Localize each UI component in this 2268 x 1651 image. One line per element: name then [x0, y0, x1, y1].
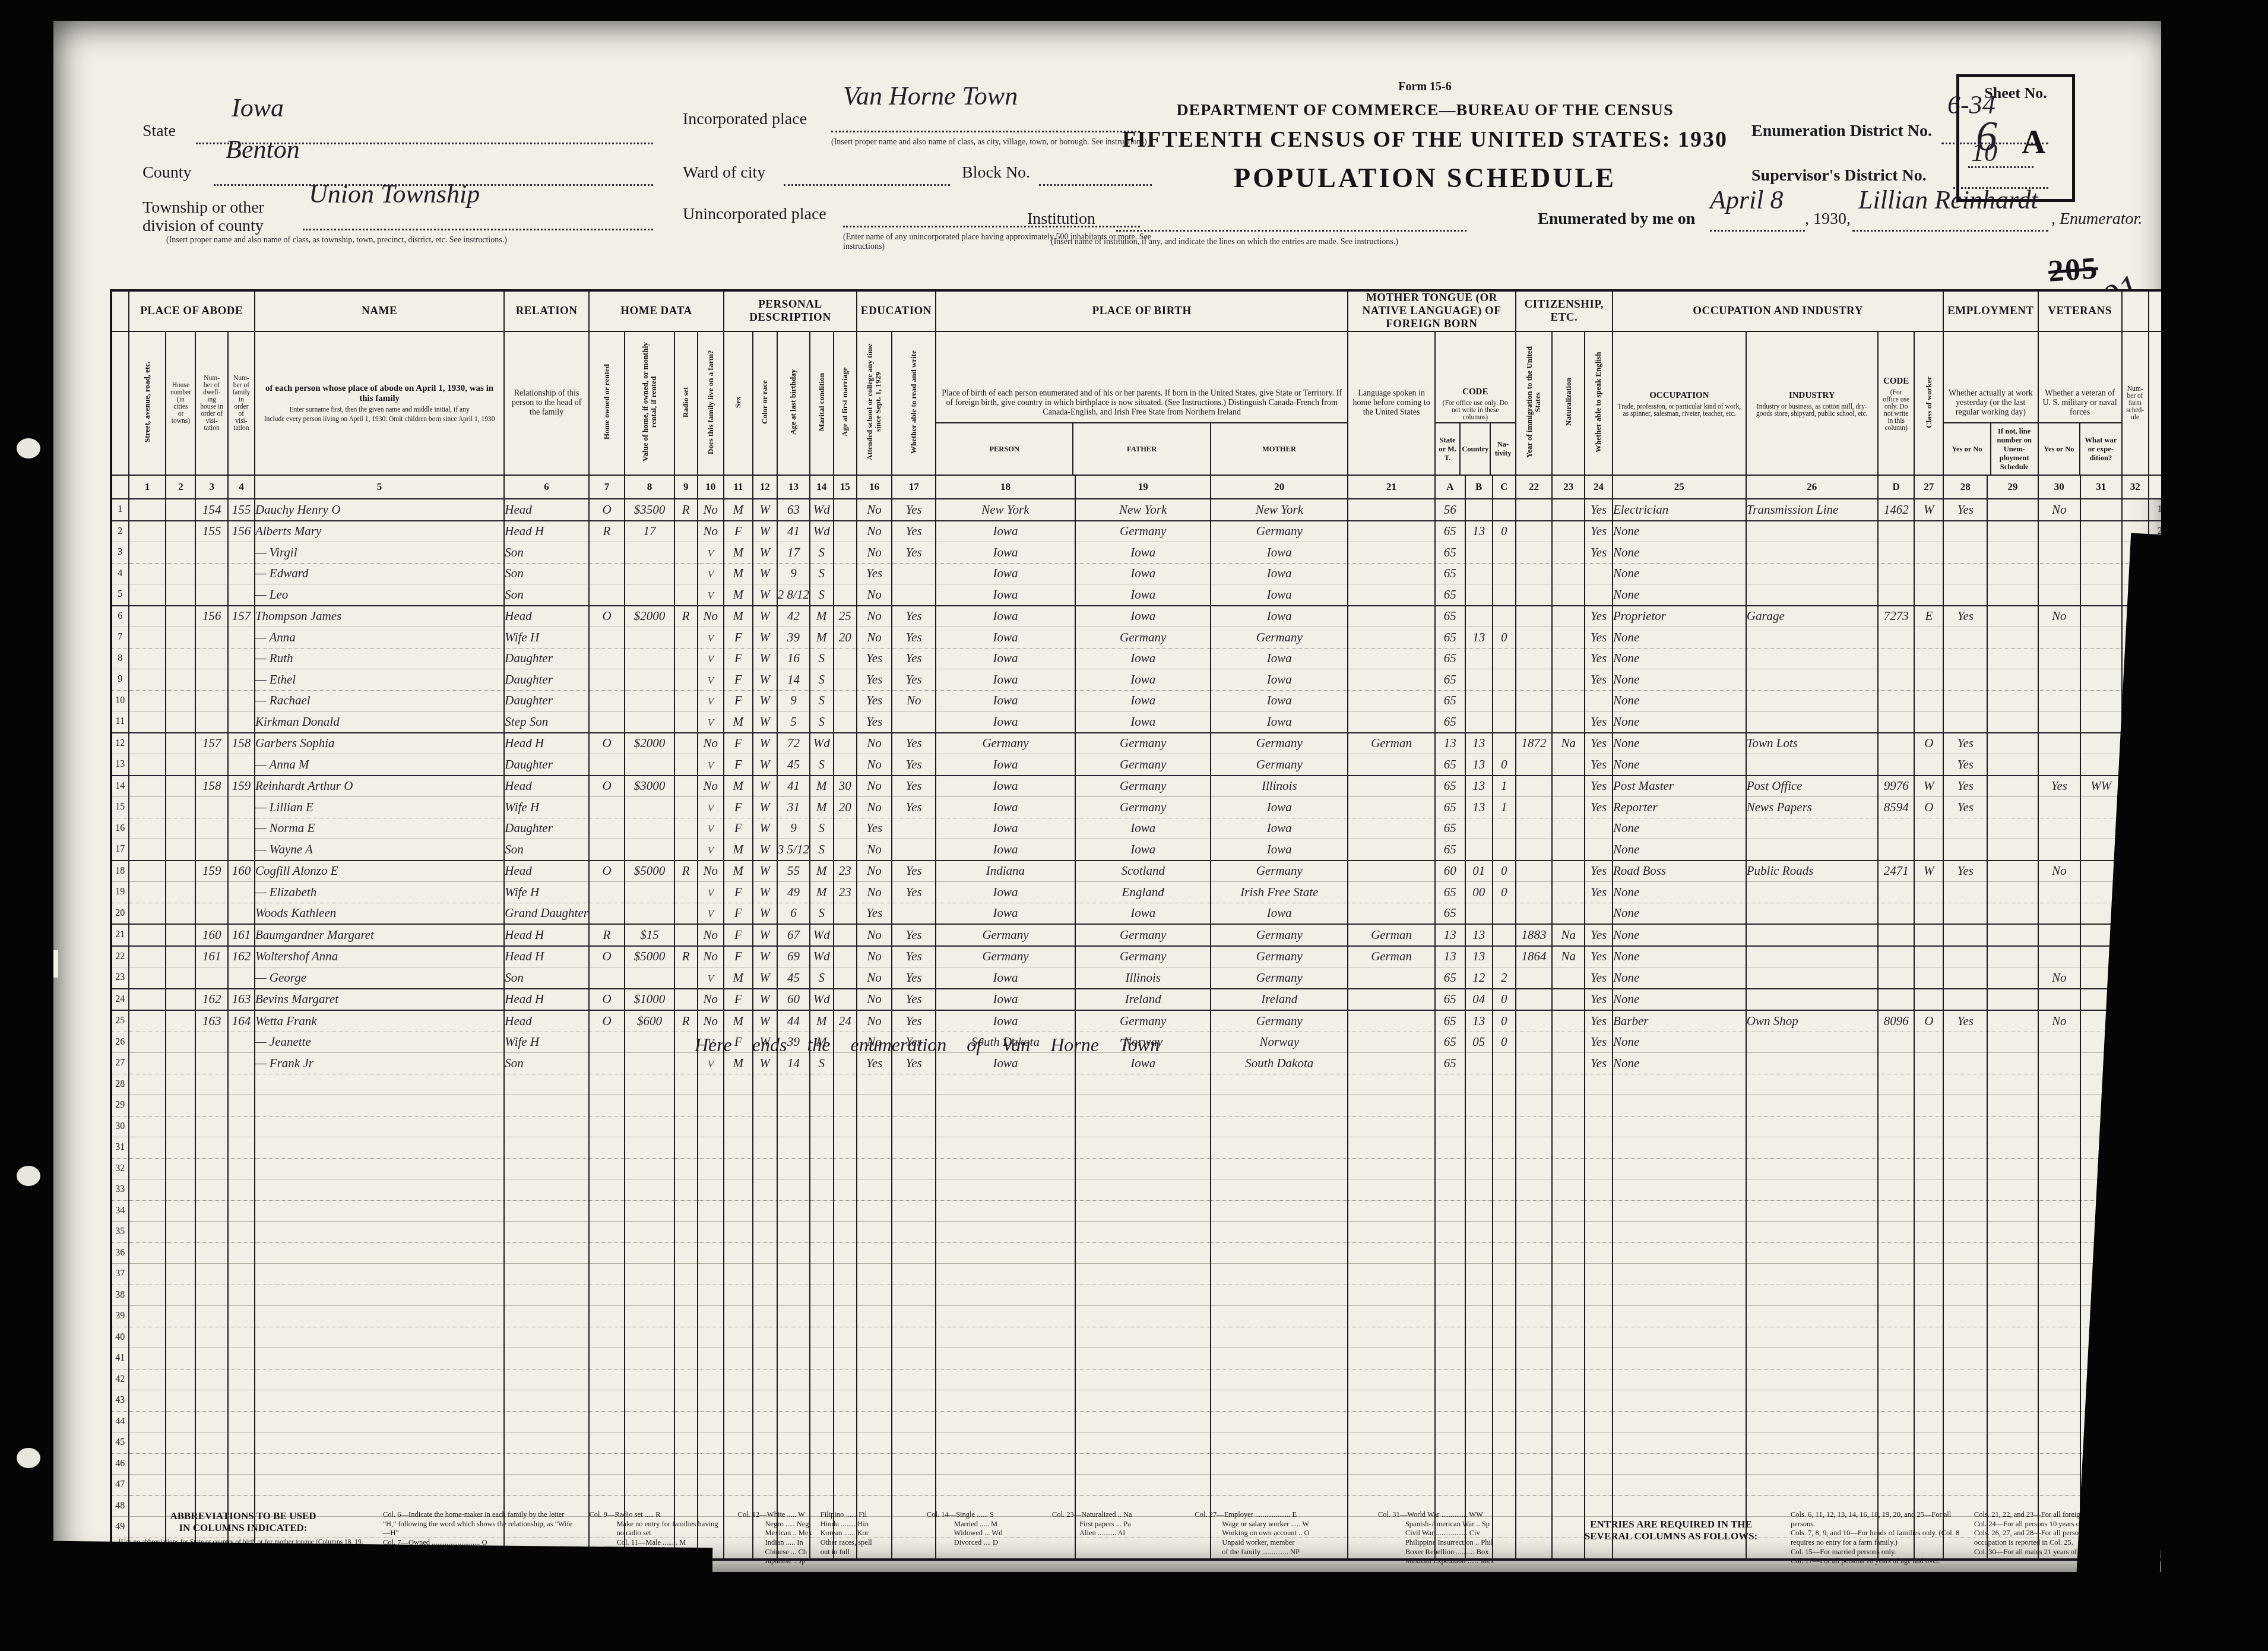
cell-code_d [1878, 521, 1915, 542]
column-group-header: PLACE OF ABODE [129, 290, 255, 331]
cell-bp_mother: Germany [1211, 1010, 1348, 1032]
cell-sex: M [724, 1010, 753, 1032]
column-number: 8 [625, 475, 674, 499]
cell-code_a [1435, 1116, 1465, 1137]
cell-class_worker [1914, 1095, 1943, 1117]
cell-code_c [1493, 1179, 1516, 1201]
cell-ln: 46 [111, 1453, 129, 1475]
cell-owned: O [589, 776, 625, 797]
cell-bp_mother: Germany [1211, 733, 1348, 754]
cell-code_d [1878, 1074, 1915, 1095]
cell-street [129, 584, 166, 606]
cell-value [625, 1179, 674, 1201]
cell-code_d [1878, 1411, 1915, 1432]
cell-age_marriage [834, 1432, 857, 1454]
cell-war [2080, 563, 2122, 584]
cell-age_marriage [834, 669, 857, 691]
table-row: 24162163Bevins MargaretHead HO$1000NoFW6… [111, 989, 2172, 1011]
cell-worked [1943, 818, 1987, 839]
table-row: 14158159Reinhardt Arthur OHeadO$3000NoMW… [111, 776, 2172, 797]
cell-bp_person: Indiana [936, 861, 1075, 882]
cell-radio [674, 563, 698, 584]
cell-house [166, 606, 195, 627]
cell-code_a [1435, 1200, 1465, 1222]
cell-value [625, 797, 674, 818]
cell-race: W [753, 903, 777, 924]
cell-class_worker [1914, 1306, 1943, 1327]
cell-occupation [1613, 1264, 1746, 1285]
cell-worked [1943, 1179, 1987, 1201]
cell-naturalization [1552, 711, 1585, 733]
cell-bp_person: Iowa [936, 648, 1075, 669]
cell-farm [698, 1411, 724, 1432]
cell-race: W [753, 946, 777, 967]
cell-veteran [2038, 669, 2081, 691]
cell-owned [589, 1285, 625, 1306]
cell-school: No [857, 1010, 892, 1032]
cell-industry [1746, 563, 1878, 584]
cell-year_imm [1516, 1095, 1553, 1117]
cell-industry [1746, 903, 1878, 924]
cell-english [1585, 839, 1613, 861]
cell-code_b: 13 [1465, 521, 1493, 542]
cell-ln: 3 [111, 542, 129, 564]
cell-code_d [1878, 1390, 1915, 1412]
cell-race: W [753, 797, 777, 818]
cell-race [753, 1327, 777, 1348]
column-description: Sex [724, 331, 753, 475]
cell-marital: M [810, 797, 834, 818]
census-sheet-paper: State Iowa County Benton Township or oth… [53, 21, 2173, 1572]
cell-age: 3 5/12 [777, 839, 810, 861]
cell-industry [1746, 669, 1878, 691]
cell-code_b [1465, 1390, 1493, 1412]
cell-age_marriage: 25 [834, 606, 857, 627]
cell-street [129, 776, 166, 797]
cell-naturalization [1552, 776, 1585, 797]
table-row: 22161162Woltershof AnnaHead HO$5000RNoFW… [111, 946, 2172, 967]
cell-age [777, 1348, 810, 1369]
cell-bp_mother: Iowa [1211, 542, 1348, 564]
cell-code_b [1465, 1095, 1493, 1117]
cell-race: W [753, 967, 777, 989]
cell-radio [674, 989, 698, 1011]
cell-name: Woods Kathleen [255, 903, 504, 924]
cell-bp_father: Iowa [1075, 669, 1211, 691]
cell-farm [698, 1475, 724, 1496]
cell-bp_mother: Iowa [1211, 818, 1348, 839]
cell-race: W [753, 733, 777, 754]
cell-owned: O [589, 946, 625, 967]
column-number: 15 [834, 475, 857, 499]
cell-occupation [1613, 1095, 1746, 1117]
cell-school [857, 1074, 892, 1095]
table-row: 4646 [111, 1453, 2172, 1475]
cell-naturalization [1552, 669, 1585, 691]
cell-house [166, 1116, 195, 1137]
cell-bp_father: Ireland [1075, 989, 1211, 1011]
cell-industry [1746, 1179, 1878, 1201]
cell-class_worker [1914, 967, 1943, 989]
cell-street [129, 967, 166, 989]
cell-english: Yes [1585, 776, 1613, 797]
cell-bp_person: Iowa [936, 882, 1075, 903]
cell-english: Yes [1585, 669, 1613, 691]
cell-marital [810, 1074, 834, 1095]
cell-relation: Son [504, 563, 589, 584]
cell-street [129, 627, 166, 649]
cell-language [1348, 1074, 1435, 1095]
cell-ln: 33 [111, 1179, 129, 1201]
cell-year_imm [1516, 627, 1553, 649]
cell-street [129, 882, 166, 903]
cell-dwelling: 156 [195, 606, 228, 627]
cell-class_worker [1914, 627, 1943, 649]
cell-veteran [2038, 1137, 2081, 1159]
cell-bp_person [936, 1285, 1075, 1306]
table-row: 2929 [111, 1095, 2172, 1117]
supervisor-district-label: Supervisor's District No. [1751, 166, 1927, 185]
cell-unemp_line [1987, 1010, 2038, 1032]
cell-language [1348, 521, 1435, 542]
cell-race [753, 1475, 777, 1496]
cell-unemp_line [1987, 776, 2038, 797]
cell-english [1585, 584, 1613, 606]
cell-bp_father: Germany [1075, 754, 1211, 776]
cell-value [625, 584, 674, 606]
cell-class_worker [1914, 903, 1943, 924]
cell-street [129, 1074, 166, 1095]
cell-occupation: Electrician [1613, 499, 1746, 521]
cell-value [625, 818, 674, 839]
cell-code_b [1465, 542, 1493, 564]
cell-owned: O [589, 989, 625, 1011]
cell-relation [504, 1390, 589, 1412]
cell-age_marriage [834, 1411, 857, 1432]
cell-race [753, 1432, 777, 1454]
cell-veteran [2038, 627, 2081, 649]
cell-name: Wetta Frank [255, 1010, 504, 1032]
cell-bp_father [1075, 1095, 1211, 1117]
cell-class_worker [1914, 1432, 1943, 1454]
cell-bp_father: England [1075, 882, 1211, 903]
cell-age [777, 1116, 810, 1137]
cell-code_d [1878, 1116, 1915, 1137]
cell-house [166, 1306, 195, 1327]
cell-name: Reinhardt Arthur O [255, 776, 504, 797]
cell-family [228, 542, 255, 564]
cell-veteran [2038, 818, 2081, 839]
film-edge-left [0, 0, 53, 1651]
abbrev-col31: Col. 31—World War .............. WWSpani… [1378, 1510, 1551, 1566]
schedule-title: POPULATION SCHEDULE [1069, 162, 1781, 194]
cell-owned [589, 797, 625, 818]
cell-year_imm [1516, 1179, 1553, 1201]
cell-unemp_line [1987, 711, 2038, 733]
cell-relation: Daughter [504, 669, 589, 691]
cell-language [1348, 669, 1435, 691]
cell-code_b [1465, 690, 1493, 711]
cell-marital: Wd [810, 499, 834, 521]
cell-code_c [1493, 1095, 1516, 1117]
cell-bp_father: Iowa [1075, 903, 1211, 924]
cell-occupation: None [1613, 818, 1746, 839]
cell-race [753, 1116, 777, 1137]
column-number: 12 [753, 475, 777, 499]
cell-radio [674, 797, 698, 818]
cell-radio [674, 1242, 698, 1264]
cell-war [2080, 499, 2122, 521]
cell-age [777, 1390, 810, 1412]
cell-race: W [753, 711, 777, 733]
cell-industry [1746, 690, 1878, 711]
column-number: B [1465, 475, 1493, 499]
cell-ln: 8 [111, 648, 129, 669]
column-number: 4 [228, 475, 255, 499]
table-row: 4242 [111, 1369, 2172, 1390]
cell-bp_person: Germany [936, 924, 1075, 946]
cell-code_a [1435, 1137, 1465, 1159]
cell-sex: F [724, 989, 753, 1011]
cell-owned: R [589, 924, 625, 946]
cell-relation [504, 1074, 589, 1095]
cell-code_b [1465, 1475, 1493, 1496]
cell-bp_person [936, 1453, 1075, 1475]
cell-relation: Wife H [504, 882, 589, 903]
column-description: of each person whose place of abode on A… [255, 331, 504, 475]
cell-industry [1746, 754, 1878, 776]
cell-naturalization [1552, 499, 1585, 521]
cell-dwelling [195, 1158, 228, 1179]
cell-value: $3500 [625, 499, 674, 521]
cell-sex [724, 1074, 753, 1095]
cell-age_marriage [834, 1264, 857, 1285]
cell-school: No [857, 946, 892, 967]
cell-value [625, 1453, 674, 1475]
cell-ln: 10 [111, 690, 129, 711]
cell-owned [589, 1158, 625, 1179]
cell-bp_mother [1211, 1137, 1348, 1159]
table-row: 18159160Cogfill Alonzo EHeadO$5000RNoMW5… [111, 861, 2172, 882]
cell-english [1585, 818, 1613, 839]
cell-naturalization [1552, 1010, 1585, 1032]
cell-class_worker [1914, 1369, 1943, 1390]
cell-code_c [1493, 1074, 1516, 1095]
cell-school: Yes [857, 690, 892, 711]
cell-relation: Step Son [504, 711, 589, 733]
cell-bp_person: Iowa [936, 903, 1075, 924]
cell-age_marriage: 23 [834, 882, 857, 903]
cell-ln: 6 [111, 606, 129, 627]
township-value: Union Township [309, 181, 480, 207]
cell-code_c: 1 [1493, 797, 1516, 818]
cell-code_d [1878, 1158, 1915, 1179]
cell-industry: Garage [1746, 606, 1878, 627]
column-group-header: EMPLOYMENT [1943, 290, 2038, 331]
cell-age_marriage [834, 1242, 857, 1264]
enumerated-by-label: Enumerated by me on [1538, 210, 1695, 229]
cell-worked [1943, 1306, 1987, 1327]
column-number: 29 [1987, 475, 2038, 499]
cell-language [1348, 1475, 1435, 1496]
cell-ln: 24 [111, 989, 129, 1011]
cell-ln: 18 [111, 861, 129, 882]
cell-family [228, 903, 255, 924]
cell-dwelling [195, 882, 228, 903]
cell-radio [674, 776, 698, 797]
cell-worked [1943, 669, 1987, 691]
cell-industry [1746, 627, 1878, 649]
cell-ln: 28 [111, 1074, 129, 1095]
cell-code_a [1435, 1222, 1465, 1243]
cell-school [857, 1306, 892, 1327]
cell-relation: Head [504, 861, 589, 882]
cell-year_imm [1516, 542, 1553, 564]
cell-war [2080, 690, 2122, 711]
cell-age_marriage: 20 [834, 797, 857, 818]
cell-marital [810, 1327, 834, 1348]
cell-code_c: 1 [1493, 776, 1516, 797]
cell-bp_mother: Germany [1211, 924, 1348, 946]
cell-read_write [892, 1285, 936, 1306]
cell-class_worker [1914, 563, 1943, 584]
cell-naturalization: Na [1552, 946, 1585, 967]
cell-house [166, 563, 195, 584]
cell-family [228, 1306, 255, 1327]
cell-bp_mother [1211, 1116, 1348, 1137]
cell-class_worker [1914, 1222, 1943, 1243]
cell-owned [589, 839, 625, 861]
cell-class_worker [1914, 818, 1943, 839]
cell-code_d [1878, 1264, 1915, 1285]
cell-code_d [1878, 1242, 1915, 1264]
cell-naturalization: Na [1552, 733, 1585, 754]
cell-owned: O [589, 499, 625, 521]
cell-street [129, 648, 166, 669]
cell-dwelling [195, 648, 228, 669]
cell-age: 41 [777, 776, 810, 797]
cell-farm: V [698, 648, 724, 669]
cell-veteran [2038, 648, 2081, 669]
cell-code_a [1435, 1369, 1465, 1390]
cell-marital: Wd [810, 946, 834, 967]
cell-ln: 45 [111, 1432, 129, 1454]
cell-farm [698, 1116, 724, 1137]
cell-house [166, 1348, 195, 1369]
cell-year_imm [1516, 521, 1553, 542]
cell-read_write [892, 584, 936, 606]
cell-farm [698, 1242, 724, 1264]
cell-farm [698, 1390, 724, 1412]
cell-relation: Head [504, 776, 589, 797]
cell-marital [810, 1179, 834, 1201]
cell-farm [698, 1179, 724, 1201]
film-edge-top [0, 0, 2268, 21]
cell-dwelling [195, 1222, 228, 1243]
cell-veteran [2038, 1222, 2081, 1243]
cell-bp_father: Iowa [1075, 606, 1211, 627]
cell-ln: 43 [111, 1390, 129, 1412]
cell-english [1585, 1432, 1613, 1454]
cell-ln: 29 [111, 1095, 129, 1117]
cell-relation: Son [504, 584, 589, 606]
cell-code_a: 65 [1435, 563, 1465, 584]
cell-bp_father: Germany [1075, 1010, 1211, 1032]
cell-dwelling [195, 1200, 228, 1222]
cell-language [1348, 1264, 1435, 1285]
cell-age_marriage [834, 818, 857, 839]
cell-age_marriage [834, 1348, 857, 1369]
cell-relation: Daughter [504, 690, 589, 711]
cell-name [255, 1411, 504, 1432]
cell-age_marriage [834, 584, 857, 606]
cell-radio [674, 1179, 698, 1201]
cell-unemp_line [1987, 521, 2038, 542]
cell-farm: No [698, 606, 724, 627]
cell-naturalization [1552, 1053, 1585, 1074]
cell-marital: S [810, 542, 834, 564]
institution-note: (Insert name of institution, if any, and… [1051, 238, 1526, 247]
cell-code_d [1878, 542, 1915, 564]
cell-industry: Post Office [1746, 776, 1878, 797]
cell-dwelling [195, 542, 228, 564]
cell-industry [1746, 967, 1878, 989]
cell-age [777, 1264, 810, 1285]
cell-age: 17 [777, 542, 810, 564]
cell-naturalization [1552, 1074, 1585, 1095]
institution-label: Institution [1027, 210, 1095, 229]
cell-dwelling [195, 1242, 228, 1264]
cell-dwelling: 163 [195, 1010, 228, 1032]
cell-age_marriage [834, 1074, 857, 1095]
cell-code_b [1465, 903, 1493, 924]
cell-bp_mother: Iowa [1211, 563, 1348, 584]
column-number: 27 [1914, 475, 1943, 499]
cell-class_worker [1914, 1158, 1943, 1179]
cell-dwelling [195, 754, 228, 776]
cell-worked: Yes [1943, 733, 1987, 754]
table-row: 11Kirkman DonaldStep SonVMW5SYesIowaIowa… [111, 711, 2172, 733]
table-row: 3131 [111, 1137, 2172, 1159]
cell-race: W [753, 521, 777, 542]
cell-marital: S [810, 754, 834, 776]
cell-code_d [1878, 1453, 1915, 1475]
cell-class_worker: E [1914, 606, 1943, 627]
cell-industry [1746, 1453, 1878, 1475]
cell-age_marriage [834, 1116, 857, 1137]
cell-school: No [857, 606, 892, 627]
cell-unemp_line [1987, 1475, 2038, 1496]
cell-relation: Wife H [504, 797, 589, 818]
abbrev-col12: Col. 12—White ..... WNegro ..... NegMexi… [738, 1510, 911, 1566]
cell-worked [1943, 1116, 1987, 1137]
cell-race [753, 1200, 777, 1222]
cell-bp_father: Iowa [1075, 563, 1211, 584]
enumeration-district-label: Enumeration District No. [1751, 122, 1932, 141]
cell-radio [674, 1222, 698, 1243]
cell-naturalization [1552, 1327, 1585, 1348]
cell-dwelling [195, 903, 228, 924]
cell-read_write: Yes [892, 542, 936, 564]
cell-bp_mother: Germany [1211, 861, 1348, 882]
cell-school: No [857, 754, 892, 776]
cell-relation [504, 1432, 589, 1454]
cell-worked [1943, 648, 1987, 669]
cell-year_imm [1516, 563, 1553, 584]
cell-relation: Wife H [504, 1032, 589, 1053]
cell-bp_person [936, 1475, 1075, 1496]
cell-race [753, 1095, 777, 1117]
